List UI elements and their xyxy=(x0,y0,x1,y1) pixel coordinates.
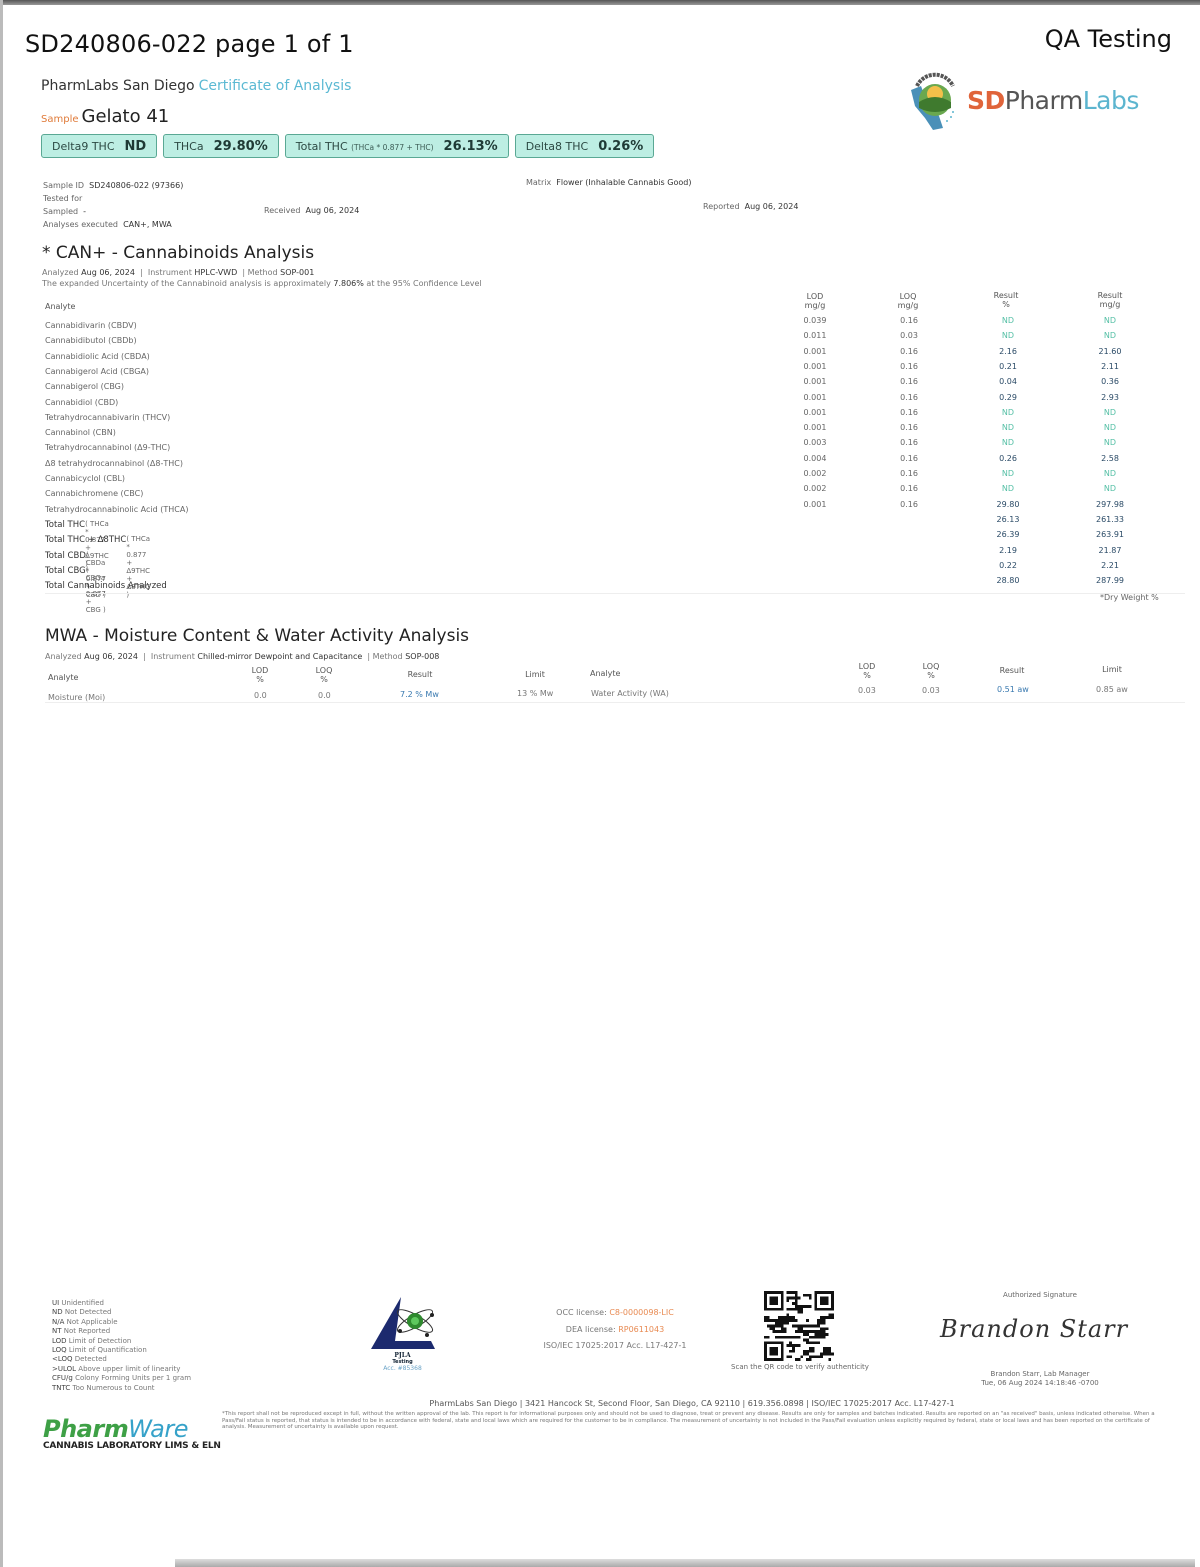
loq-value: 0.16 xyxy=(895,423,923,432)
legend-item: UI Unidentified xyxy=(52,1299,191,1308)
col-analyte: Analyte xyxy=(45,302,75,311)
loq-value: 0.16 xyxy=(895,469,923,478)
analyte-name: Cannabinol (CBN) xyxy=(45,428,116,437)
total-name: Total THC ( THCa * 0.877 + Δ9THC ) xyxy=(45,520,85,530)
badge-value: 0.26% xyxy=(598,139,643,154)
sample-id-field: Sample ID SD240806-022 (97366) xyxy=(43,181,183,190)
result-mg: 287.99 xyxy=(1090,576,1130,585)
col-loq: LOQmg/g xyxy=(888,292,928,310)
abbreviation-legend: UI UnidentifiedND Not DetectedN/A Not Ap… xyxy=(52,1299,191,1393)
pharmware-wordmark: PharmWare xyxy=(43,1415,221,1443)
matrix-field: Matrix Flower (Inhalable Cannabis Good) xyxy=(526,178,691,187)
lod-value: 0.001 xyxy=(801,377,829,386)
result-mg: 21.60 xyxy=(1090,347,1130,356)
badge-value: 29.80% xyxy=(214,139,268,154)
analyte-name: Tetrahydrocannabivarin (THCV) xyxy=(45,413,170,422)
result-percent: ND xyxy=(990,316,1026,325)
result-mg: 21.87 xyxy=(1090,546,1130,555)
california-globe-icon xyxy=(905,72,967,134)
analyte-name: Cannabicyclol (CBL) xyxy=(45,474,125,483)
result-percent: 0.26 xyxy=(990,454,1026,463)
loq-value: 0.16 xyxy=(895,393,923,402)
mwa-divider xyxy=(45,702,1185,703)
legend-item: <LOQ Detected xyxy=(52,1355,191,1364)
lod-value: 0.002 xyxy=(801,469,829,478)
sdpharmlabs-logo: SDPharmLabs xyxy=(905,72,1165,132)
wa-analyte: Water Activity (WA) xyxy=(591,689,669,698)
col-result-mg: Resultmg/g xyxy=(1090,291,1130,309)
moisture-result: 7.2 % Mw xyxy=(400,690,439,699)
dea-license: DEA license: RP0611043 xyxy=(520,1325,710,1334)
moisture-lod: 0.0 xyxy=(254,691,267,700)
lod-value: 0.001 xyxy=(801,423,829,432)
loq-value: 0.03 xyxy=(895,331,923,340)
result-percent: ND xyxy=(990,469,1026,478)
scan-left-edge xyxy=(0,0,3,1567)
loq-value: 0.16 xyxy=(895,500,923,509)
wa-col-loq: LOQ% xyxy=(916,662,946,680)
lod-value: 0.003 xyxy=(801,438,829,447)
wa-col-analyte: Analyte xyxy=(590,669,620,678)
wa-result: 0.51 aw xyxy=(997,685,1029,694)
total-name: Total CBG ( CBGa * 0.877 + CBG ) xyxy=(45,566,86,576)
result-percent: 26.13 xyxy=(990,515,1026,524)
result-mg: 2.11 xyxy=(1090,362,1130,371)
wa-lod: 0.03 xyxy=(858,686,876,695)
lod-value: 0.001 xyxy=(801,362,829,371)
total-name: Total CBD ( CBDa * 0.877 + CBD ) xyxy=(45,551,86,561)
qr-code-icon[interactable] xyxy=(764,1291,834,1361)
lod-value: 0.001 xyxy=(801,500,829,509)
badge-label: THCa xyxy=(174,140,203,153)
badge-thca: THCa 29.80% xyxy=(163,134,279,158)
uncertainty-line: The expanded Uncertainty of the Cannabin… xyxy=(42,279,482,288)
legend-item: N/A Not Applicable xyxy=(52,1318,191,1327)
scan-bottom-edge xyxy=(175,1559,1195,1567)
disclaimer: *This report shall not be reproduced exc… xyxy=(222,1411,1162,1431)
cannabinoids-section-title: * CAN+ - Cannabinoids Analysis xyxy=(42,243,314,263)
cannabinoids-method-line: Analyzed Aug 06, 2024 | Instrument HPLC-… xyxy=(42,268,314,277)
analyte-name: Cannabigerol Acid (CBGA) xyxy=(45,367,149,376)
result-mg: 263.91 xyxy=(1090,530,1130,539)
result-mg: ND xyxy=(1090,408,1130,417)
sample-line: SampleGelato 41 xyxy=(41,106,169,127)
result-percent: 0.21 xyxy=(990,362,1026,371)
analyte-name: Cannabidibutol (CBDb) xyxy=(45,336,137,345)
pharmware-tagline: CANNABIS LABORATORY LIMS & ELN xyxy=(43,1441,221,1451)
legend-item: CFU/g Colony Forming Units per 1 gram xyxy=(52,1374,191,1383)
result-mg: 0.36 xyxy=(1090,377,1130,386)
mwa-col-result: Result xyxy=(400,670,440,679)
analyte-name: Cannabichromene (CBC) xyxy=(45,489,143,498)
signatory: Brandon Starr, Lab ManagerTue, 06 Aug 20… xyxy=(960,1370,1120,1388)
loq-value: 0.16 xyxy=(895,438,923,447)
pjla-accreditation: PJLA Testing Acc. #85368 xyxy=(365,1295,440,1380)
loq-value: 0.16 xyxy=(895,377,923,386)
result-mg: 261.33 xyxy=(1090,515,1130,524)
table-divider xyxy=(45,593,1185,594)
badge-total-thc: Total THC (THCa * 0.877 + THC) 26.13% xyxy=(285,134,509,158)
dry-weight-note: *Dry Weight % xyxy=(1100,593,1159,602)
mwa-col-limit: Limit xyxy=(515,670,555,679)
sample-name: Gelato 41 xyxy=(82,106,170,127)
badge-label: Total THC (THCa * 0.877 + THC) xyxy=(296,140,434,153)
potency-badges: Delta9 THC ND THCa 29.80% Total THC (THC… xyxy=(41,134,654,158)
result-mg: ND xyxy=(1090,316,1130,325)
badge-delta9-thc: Delta9 THC ND xyxy=(41,134,157,158)
legend-item: LOD Limit of Detection xyxy=(52,1337,191,1346)
result-percent: ND xyxy=(990,484,1026,493)
result-percent: 2.19 xyxy=(990,546,1026,555)
result-percent: 0.04 xyxy=(990,377,1026,386)
result-mg: ND xyxy=(1090,423,1130,432)
result-percent: ND xyxy=(990,423,1026,432)
result-mg: 2.21 xyxy=(1090,561,1130,570)
wa-col-lod: LOD% xyxy=(852,662,882,680)
total-name: Total Cannabinoids Analyzed xyxy=(45,581,167,591)
moisture-analyte: Moisture (Moi) xyxy=(48,693,105,702)
result-mg: ND xyxy=(1090,484,1130,493)
result-mg: ND xyxy=(1090,438,1130,447)
loq-value: 0.16 xyxy=(895,454,923,463)
result-percent: 2.16 xyxy=(990,347,1026,356)
logo-wordmark: SDPharmLabs xyxy=(967,86,1139,115)
lod-value: 0.002 xyxy=(801,484,829,493)
loq-value: 0.16 xyxy=(895,362,923,371)
sample-label: Sample xyxy=(41,114,79,125)
analyte-name: Cannabidiolic Acid (CBDA) xyxy=(45,352,150,361)
qa-testing-title: QA Testing xyxy=(1045,25,1172,53)
result-percent: 28.80 xyxy=(990,576,1026,585)
loq-value: 0.16 xyxy=(895,484,923,493)
legend-item: TNTC Too Numerous to Count xyxy=(52,1384,191,1393)
result-percent: 0.22 xyxy=(990,561,1026,570)
result-percent: 0.29 xyxy=(990,393,1026,402)
scan-top-edge xyxy=(0,0,1200,5)
badge-label: Delta8 THC xyxy=(526,140,589,153)
legend-item: ND Not Detected xyxy=(52,1308,191,1317)
coa-label: Certificate of Analysis xyxy=(199,78,352,94)
sampled-field: Sampled - xyxy=(43,207,86,216)
moisture-limit: 13 % Mw xyxy=(517,689,553,698)
result-percent: ND xyxy=(990,331,1026,340)
pjla-acc: Acc. #85368 xyxy=(365,1365,440,1372)
wa-col-result: Result xyxy=(992,666,1032,675)
lod-value: 0.004 xyxy=(801,454,829,463)
col-result-pct: Result% xyxy=(986,291,1026,309)
qr-caption: Scan the QR code to verify authenticity xyxy=(720,1363,880,1371)
lod-value: 0.039 xyxy=(801,316,829,325)
result-mg: 297.98 xyxy=(1090,500,1130,509)
legend-item: NT Not Reported xyxy=(52,1327,191,1336)
total-name: Total THC + Δ8THC ( THCa * 0.877 + Δ9THC… xyxy=(45,535,126,545)
mwa-method-line: Analyzed Aug 06, 2024 | Instrument Chill… xyxy=(45,652,439,661)
result-percent: 26.39 xyxy=(990,530,1026,539)
result-mg: ND xyxy=(1090,469,1130,478)
moisture-loq: 0.0 xyxy=(318,691,331,700)
result-percent: 29.80 xyxy=(990,500,1026,509)
analyte-name: Cannabigerol (CBG) xyxy=(45,382,124,391)
document-title: SD240806-022 page 1 of 1 xyxy=(25,30,354,58)
loq-value: 0.16 xyxy=(895,316,923,325)
lod-value: 0.001 xyxy=(801,393,829,402)
lod-value: 0.011 xyxy=(801,331,829,340)
tested-for-field: Tested for xyxy=(43,194,82,203)
mwa-col-lod: LOD% xyxy=(245,666,275,684)
analyte-name: Tetrahydrocannabinolic Acid (THCA) xyxy=(45,505,188,514)
mwa-col-loq: LOQ% xyxy=(309,666,339,684)
analyte-name: Cannabidivarin (CBDV) xyxy=(45,321,137,330)
badge-delta8-thc: Delta8 THC 0.26% xyxy=(515,134,655,158)
lod-value: 0.001 xyxy=(801,408,829,417)
occ-license: OCC license: C8-0000098-LIC xyxy=(520,1308,710,1317)
analyses-field: Analyses executed CAN+, MWA xyxy=(43,220,172,229)
wa-col-limit: Limit xyxy=(1092,665,1132,674)
pjla-name: PJLA xyxy=(365,1352,440,1359)
col-lod: LODmg/g xyxy=(795,292,835,310)
badge-value: 26.13% xyxy=(444,139,498,154)
result-percent: ND xyxy=(990,438,1026,447)
pjla-logo-icon xyxy=(365,1295,440,1353)
result-percent: ND xyxy=(990,408,1026,417)
badge-value: ND xyxy=(125,139,147,154)
lab-address: PharmLabs San Diego | 3421 Hancock St, S… xyxy=(222,1399,1162,1408)
analyte-name: Tetrahydrocannabinol (Δ9-THC) xyxy=(45,443,170,452)
signature-label: Authorized Signature xyxy=(970,1291,1110,1299)
analyte-name: Cannabidiol (CBD) xyxy=(45,398,118,407)
wa-limit: 0.85 aw xyxy=(1096,685,1128,694)
loq-value: 0.16 xyxy=(895,347,923,356)
result-mg: 2.93 xyxy=(1090,393,1130,402)
mwa-col-analyte: Analyte xyxy=(48,673,78,682)
loq-value: 0.16 xyxy=(895,408,923,417)
legend-item: LOQ Limit of Quantification xyxy=(52,1346,191,1355)
lab-line: PharmLabs San DiegoCertificate of Analys… xyxy=(41,78,351,94)
wa-loq: 0.03 xyxy=(922,686,940,695)
reported-field: Reported Aug 06, 2024 xyxy=(703,202,798,211)
result-mg: ND xyxy=(1090,331,1130,340)
mwa-section-title: MWA - Moisture Content & Water Activity … xyxy=(45,626,469,646)
analyte-name: Δ8 tetrahydrocannabinol (Δ8-THC) xyxy=(45,459,183,468)
pharmware-logo: PharmWare CANNABIS LABORATORY LIMS & ELN xyxy=(43,1415,221,1451)
signature-script: Brandon Starr xyxy=(940,1315,1128,1343)
lab-name: PharmLabs San Diego xyxy=(41,78,195,94)
received-field: Received Aug 06, 2024 xyxy=(264,206,359,215)
lod-value: 0.001 xyxy=(801,347,829,356)
iso-accreditation: ISO/IEC 17025:2017 Acc. L17-427-1 xyxy=(520,1341,710,1350)
legend-item: >ULOL Above upper limit of linearity xyxy=(52,1365,191,1374)
badge-label: Delta9 THC xyxy=(52,140,115,153)
result-mg: 2.58 xyxy=(1090,454,1130,463)
